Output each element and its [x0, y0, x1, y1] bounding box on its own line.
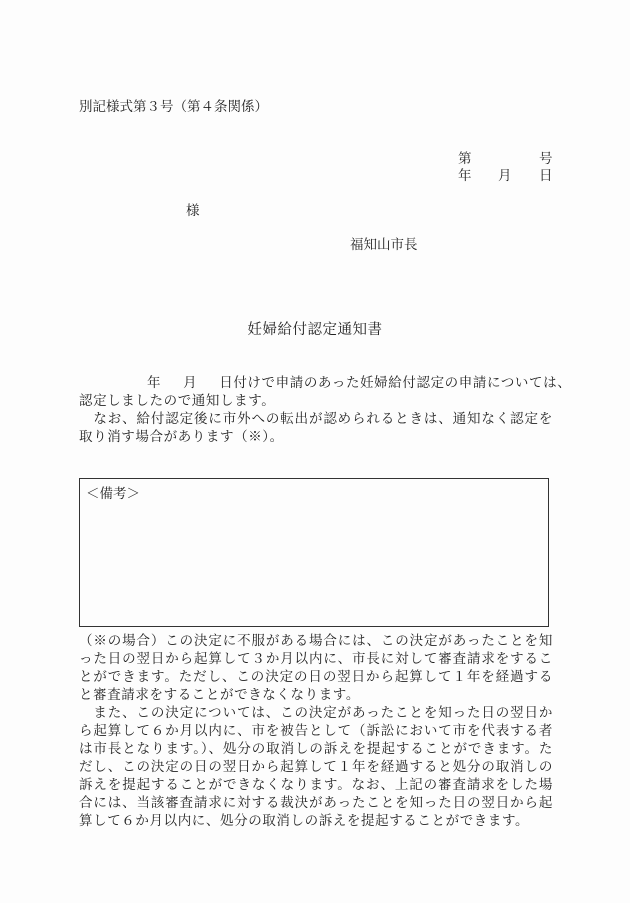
application-date-line: 年月日付けで申請のあった妊婦給付認定の申請については、 — [79, 374, 553, 392]
appeal-notice-paragraph-1: （※の場合）この決定に不服がある場合には、この決定があったことを知った日の翌日か… — [79, 632, 553, 704]
issuer-name: 福知山市長 — [350, 233, 418, 253]
application-date-year: 年 — [147, 374, 161, 392]
remarks-label: ＜備考＞ — [86, 482, 140, 502]
form-number: 別記様式第３号（第４条関係） — [79, 95, 268, 115]
issue-date-year: 年 — [458, 164, 472, 184]
addressee-suffix: 様 — [186, 199, 200, 219]
issue-date-day: 日 — [539, 164, 553, 184]
document-title: 妊婦給付認定通知書 — [0, 318, 630, 339]
remarks-box: ＜備考＞ — [79, 478, 549, 627]
appeal-notice: （※の場合）この決定に不服がある場合には、この決定があったことを知った日の翌日か… — [79, 632, 553, 830]
application-date-month: 月 — [183, 374, 197, 392]
issue-date-month: 月 — [498, 164, 512, 184]
body-line-2: 認定しましたので通知します。 — [79, 392, 553, 410]
body-paragraph-2: なお、給付認定後に市外への転出が認められるときは、通知なく認定を取り消す場合があ… — [79, 410, 553, 446]
application-date-rest: 日付けで申請のあった妊婦給付認定の申請については、 — [219, 374, 571, 392]
body-text: 年月日付けで申請のあった妊婦給付認定の申請については、 認定しましたので通知しま… — [79, 374, 553, 446]
appeal-notice-paragraph-2: また、この決定については、この決定があったことを知った日の翌日から起算して６か月… — [79, 704, 553, 830]
